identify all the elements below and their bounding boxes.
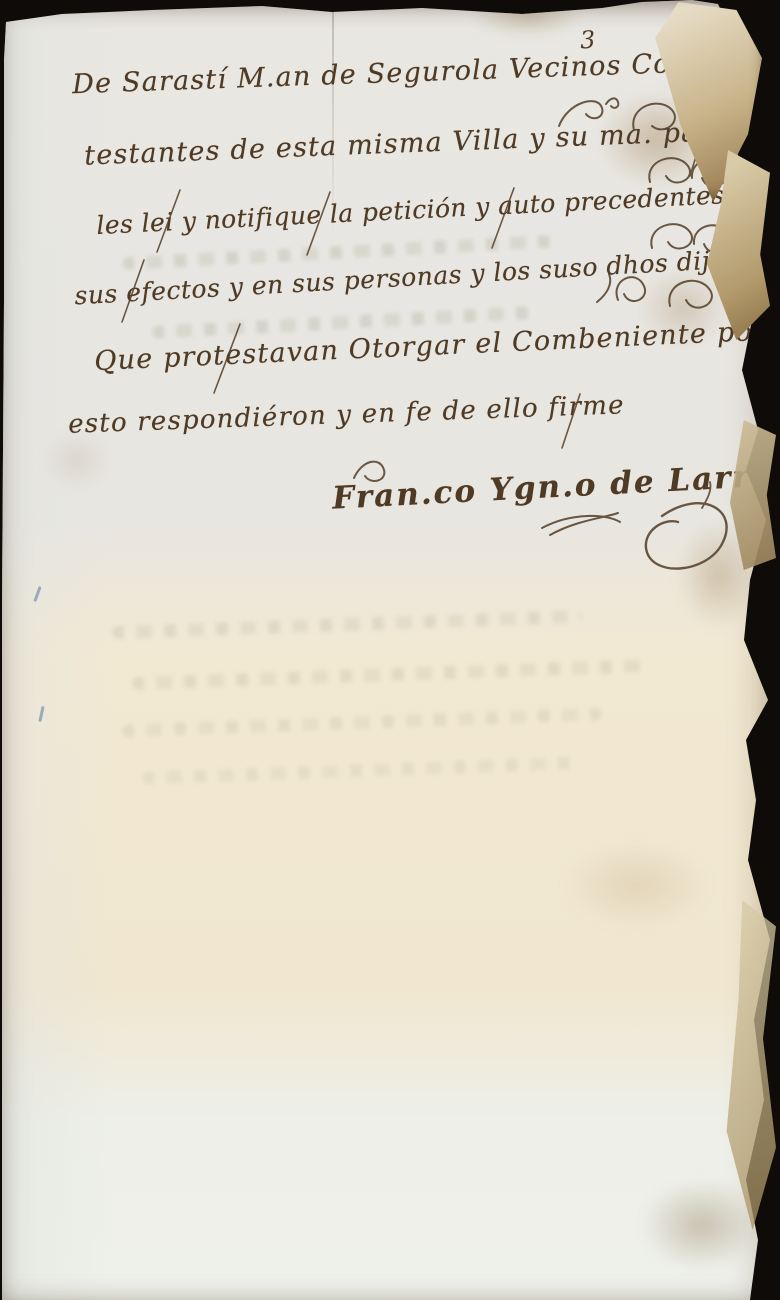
manuscript-line: testantes de esta misma Villa y su ma. p… xyxy=(84,115,743,171)
ink-stain xyxy=(472,0,582,36)
manuscript-line: De Sarastí M.an de Segurola Vecinos Con— xyxy=(72,47,718,101)
signature-text: Fran.co Ygn.o de Larrumbide xyxy=(331,451,780,516)
scanned-manuscript-photo: 3 De Sarastí M.an de Segurola Vecinos Co… xyxy=(0,0,780,1300)
manuscript-line: sus efectos y en sus personas y los suso… xyxy=(74,243,771,311)
stray-ink-mark xyxy=(33,586,41,602)
ink-bleed-through xyxy=(142,756,582,784)
manuscript-line: Que protestavan Otorgar el Combeniente p… xyxy=(94,314,780,377)
ink-stain xyxy=(642,1180,762,1270)
ink-bleed-through xyxy=(132,659,652,690)
manuscript-page: 3 De Sarastí M.an de Segurola Vecinos Co… xyxy=(2,0,778,1300)
ink-bleed-through xyxy=(112,610,582,639)
stray-ink-mark xyxy=(38,706,44,722)
manuscript-line: les lei y notifique la petición y auto p… xyxy=(96,177,780,240)
ink-bleed-through xyxy=(122,708,602,738)
manuscript-line: esto respondiéron y en fe de ello firme xyxy=(68,390,626,439)
ink-stain xyxy=(678,520,758,630)
ink-stain xyxy=(562,840,712,930)
